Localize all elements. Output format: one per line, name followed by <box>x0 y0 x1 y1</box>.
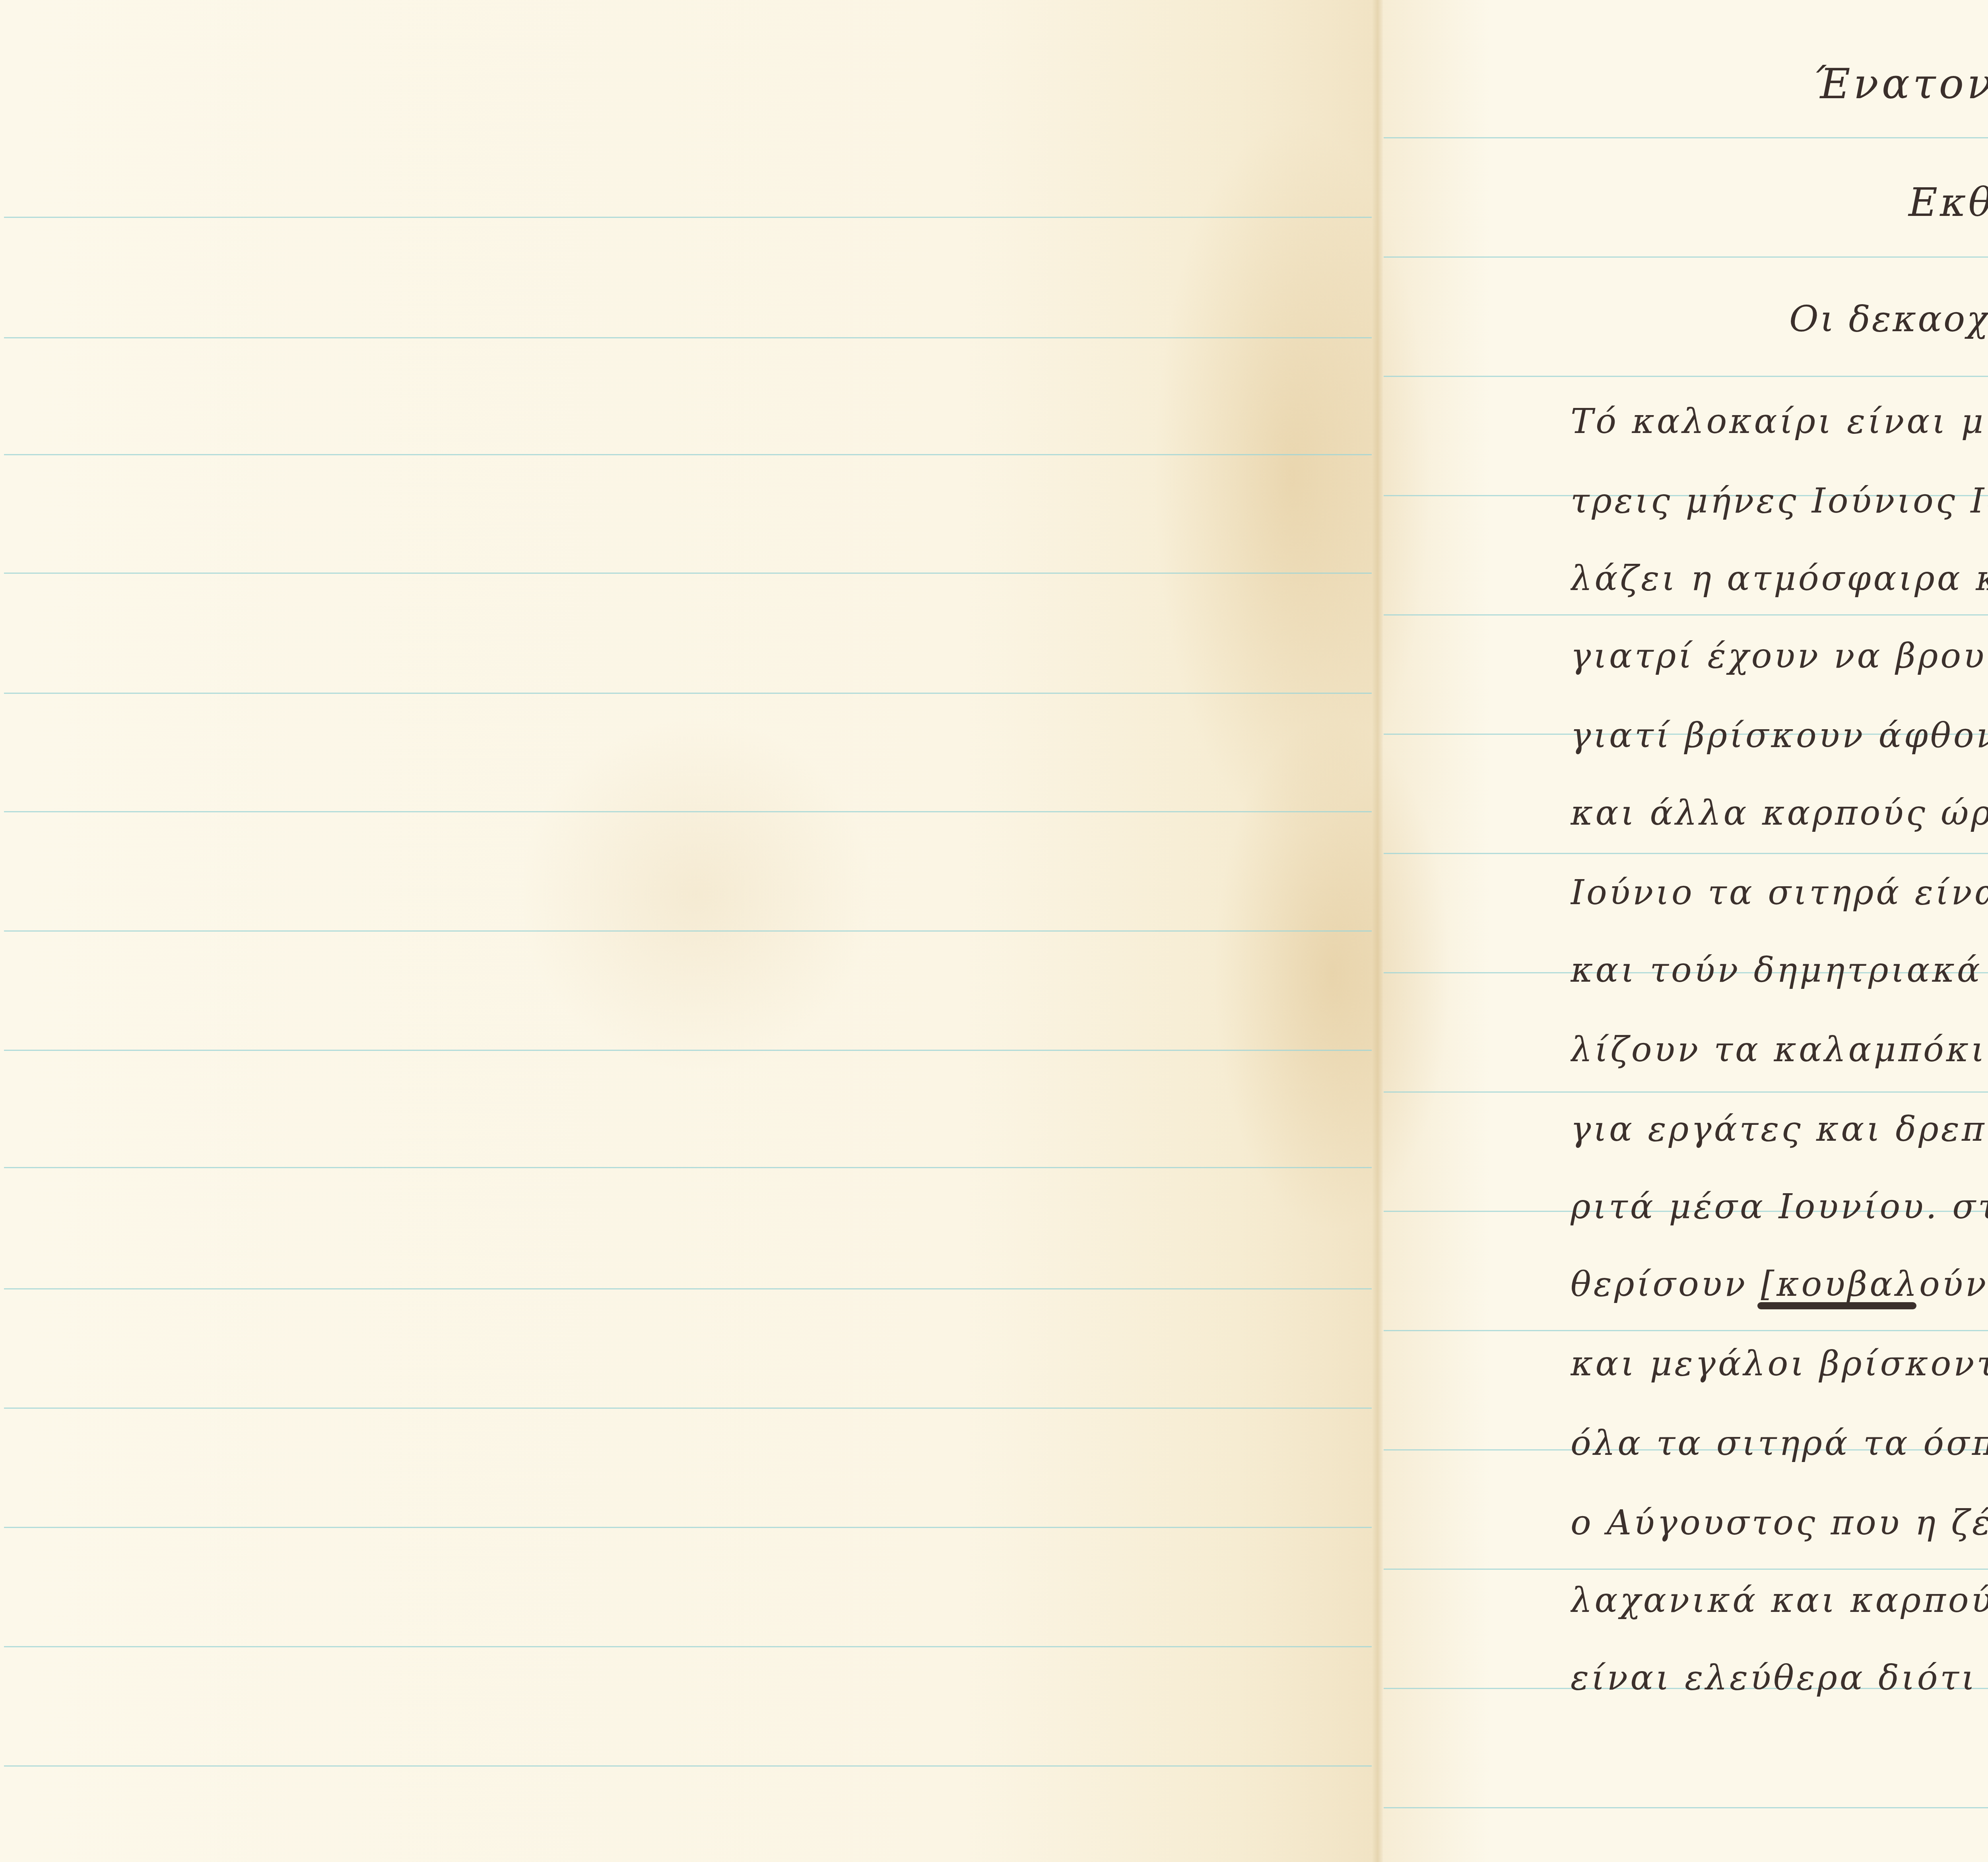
essay-line: και άλλα καρπούς ώριμους όπως η κερασιές… <box>1571 793 1988 833</box>
essay-line: ο Αύγουστος που η ζέστη μετριάζεται. στο… <box>1571 1503 1988 1543</box>
water-stain <box>517 716 875 1074</box>
water-stain <box>1213 716 1451 1233</box>
essay-line: όλα τα σιτηρά τα όσπρια φακές, ρεβίθια, … <box>1571 1423 1988 1463</box>
water-stain <box>1153 119 1431 835</box>
essay-line: Ιούνιο τα σιτηρά είναι έτοιμα για θέρο, … <box>1571 873 1988 913</box>
essay-line: και τούν δημητριακά τρώ. οι γεωργοί ετοι… <box>1571 950 1988 990</box>
essay-line: Τό καλοκαίρι είναι μια από τις τέσσερις … <box>1571 402 1988 441</box>
essay-line: τρεις μήνες Ιούνιος Ιούλιος Αύγουστος το… <box>1571 481 1988 521</box>
essay-line: λάζει η ατμόσφαιρα καθαρίζεται. η ζέστη … <box>1571 559 1988 598</box>
essay-line: γιατί βρίσκουν άφθονη τροφή τα δέντρα εί… <box>1571 716 1988 755</box>
essay-line: λίζουν τα καλαμπόκια τα κηπευτικά καθαρί… <box>1571 1030 1988 1070</box>
essay-title: Οι δεκαοχτώ του καλοκαιριού <box>1789 298 1988 340</box>
essay-line: και μεγάλοι βρίσκονται σε κίνηση. αφού α… <box>1571 1344 1988 1384</box>
crossed-out-word-mark <box>1757 1302 1916 1309</box>
exam-title: Ένατον Διαγώνισμα 1ης Εξαμηνίας <box>1813 60 1988 108</box>
subject-heading: Εκθέσεως <box>1908 179 1988 225</box>
essay-line: λαχανικά και καρπούζια τα πεπόνια. τα πα… <box>1571 1580 1988 1620</box>
essay-line: γιατρί έχουν να βρουν ίσκιο τα πουλιά τρ… <box>1571 636 1988 676</box>
essay-line-with-strikeout: θερίσουν [κουβαλούν] κουβαλούν τα δεμάτι… <box>1571 1264 1988 1304</box>
essay-line: για εργάτες και δρεπάνια. αφού ετοιμάζον… <box>1571 1109 1988 1149</box>
essay-line: ριτά μέσα Ιουνίου. στο διάστημα αυτό η ζ… <box>1571 1187 1988 1227</box>
essay-line: είναι ελεύθερα διότι είναι κλεισμένα στο… <box>1571 1658 1988 1698</box>
